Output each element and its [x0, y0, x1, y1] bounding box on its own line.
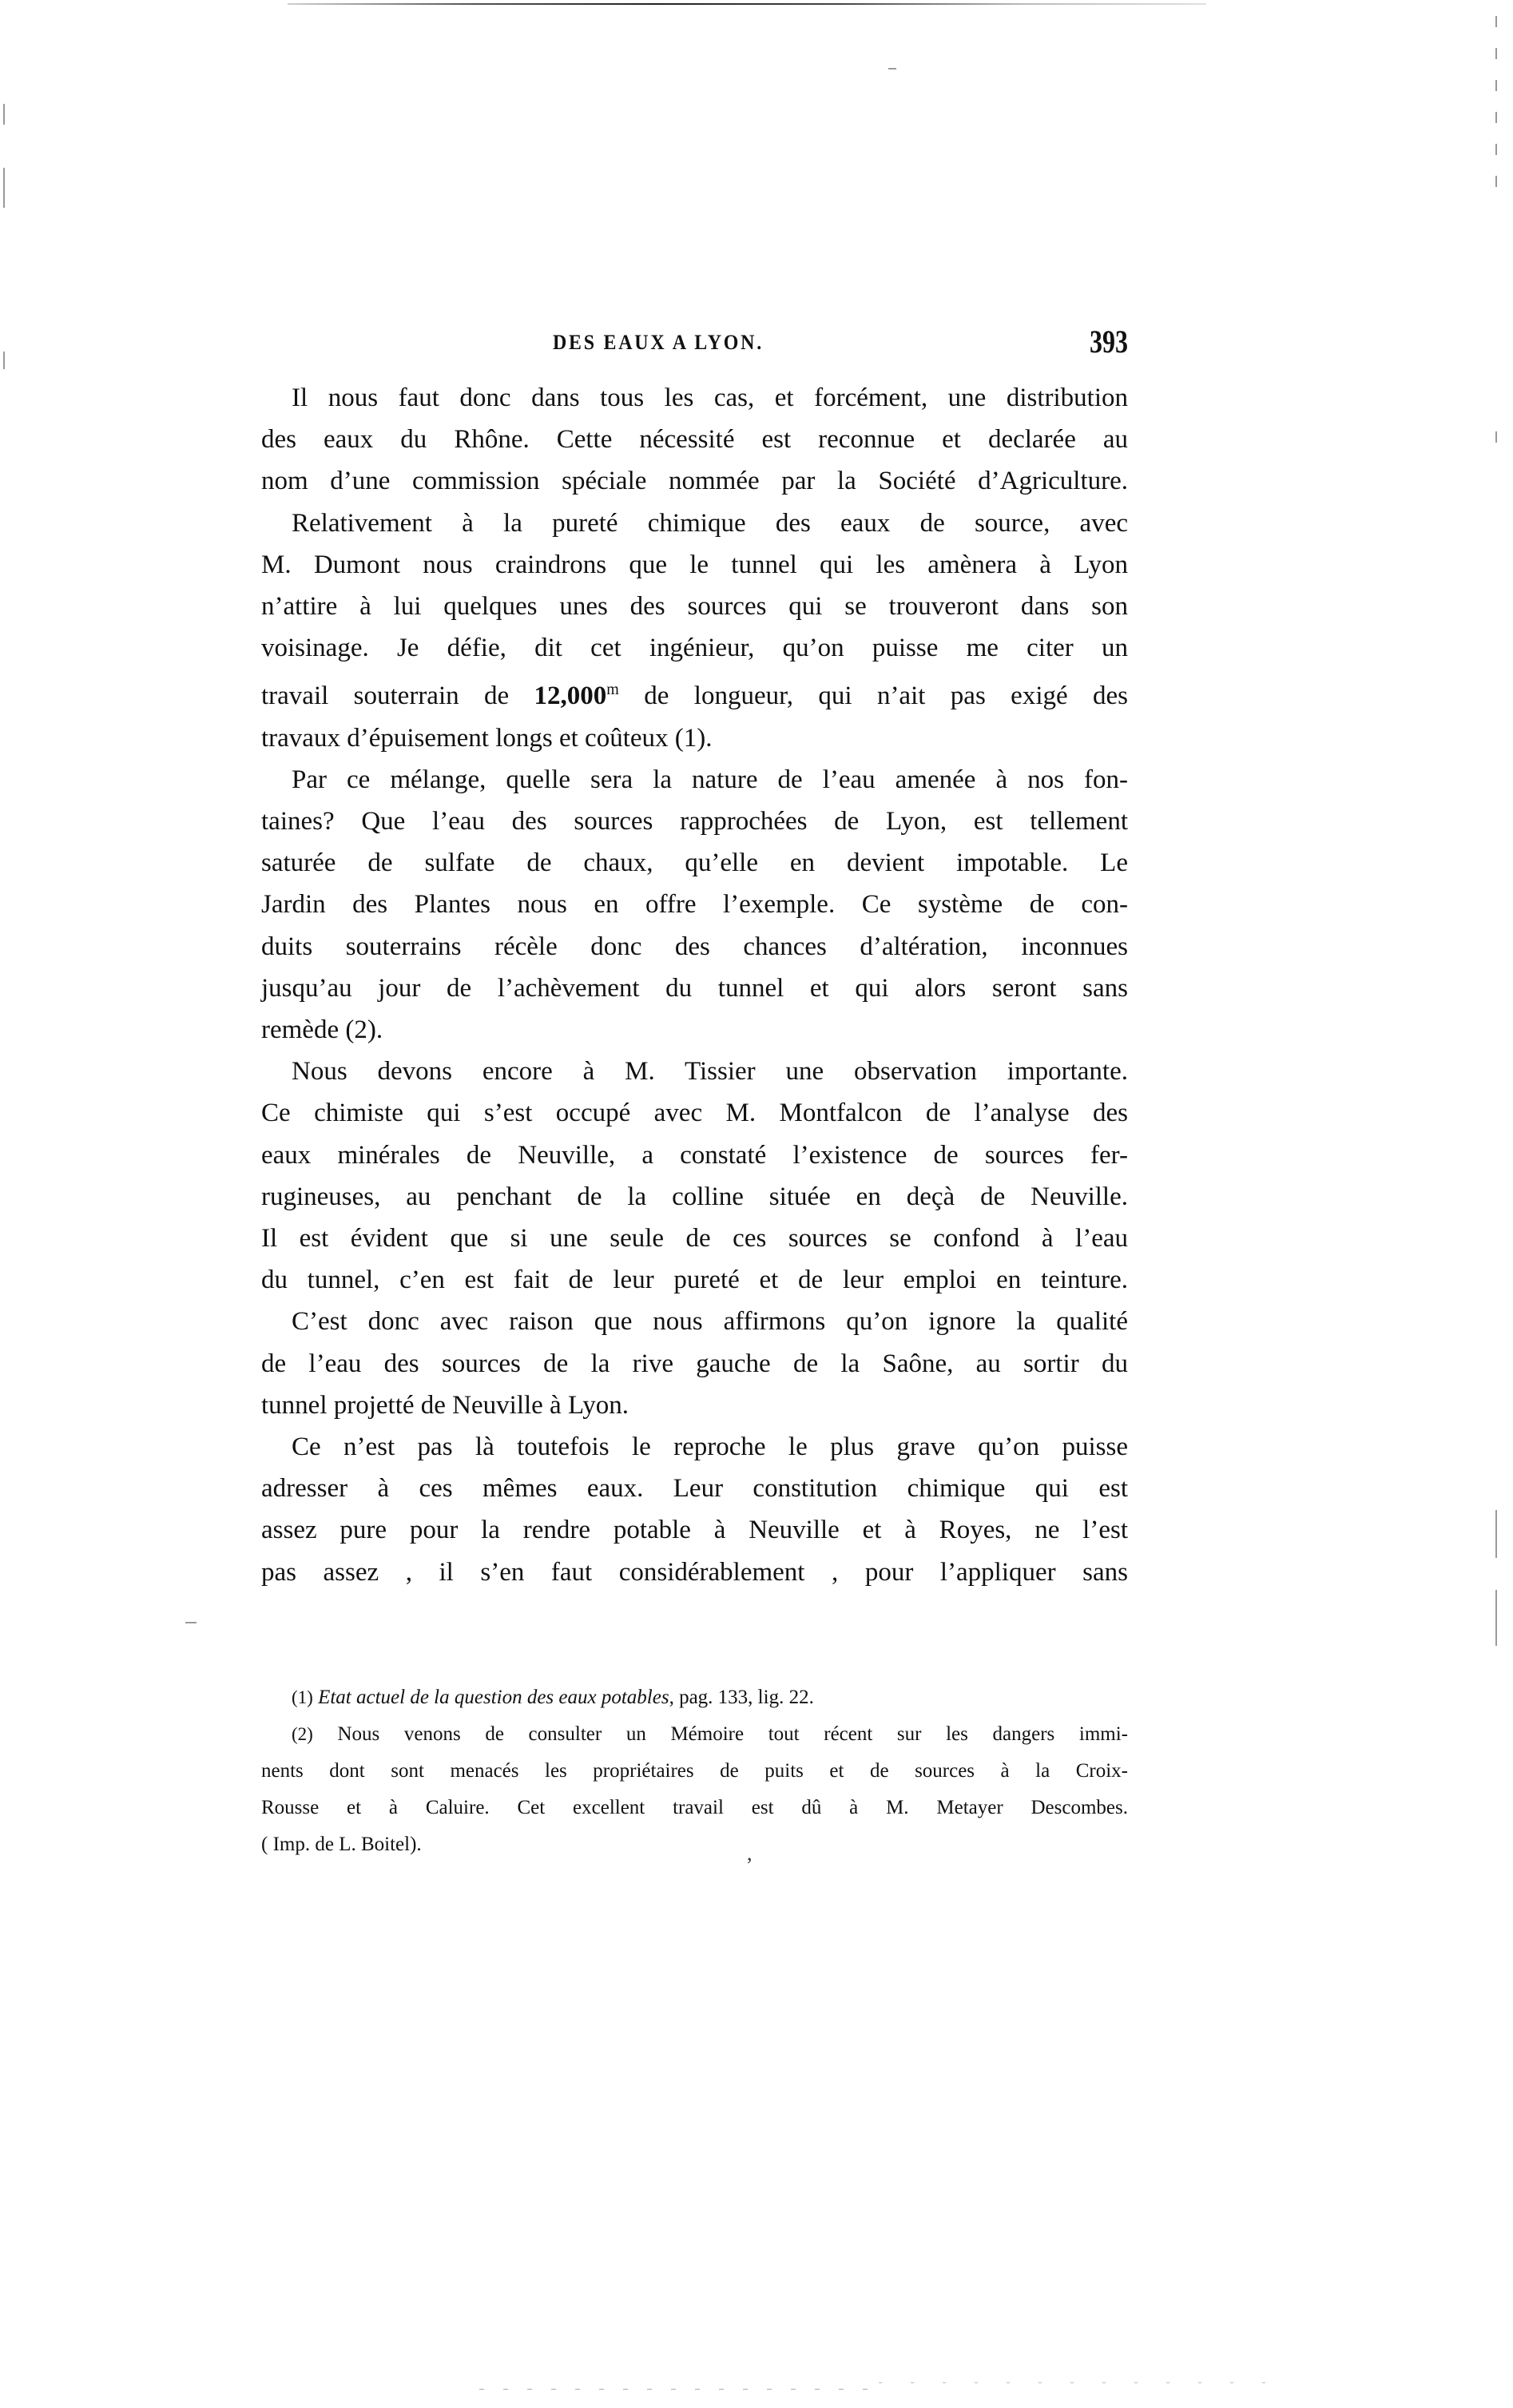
footnote-line: ( Imp. de L. Boitel).: [261, 1826, 1128, 1863]
footnote-mark: (2): [292, 1724, 313, 1744]
text-line: du tunnel, c’en est fait de leur pureté …: [261, 1259, 1128, 1301]
text-fragment: de longueur, qui n’ait pas exigé des: [619, 681, 1128, 710]
measure-number: 12,000: [534, 681, 607, 710]
paragraph: Nous devons encore à M. Tissier une obse…: [261, 1051, 1128, 1301]
footnote-citation: , pag. 133, lig. 22.: [669, 1687, 814, 1708]
text-line: des eaux du Rhône. Cette nécessité est r…: [261, 419, 1128, 460]
text-line: assez pure pour la rendre potable à Neuv…: [261, 1509, 1128, 1551]
footnote-line: nents dont sont menacés les propriétaire…: [261, 1753, 1128, 1790]
text-fragment: travail souterrain de: [261, 681, 534, 710]
text-line: travaux d’épuisement longs et coûteux (1…: [261, 717, 1128, 759]
scan-margin-mark: [879, 2382, 1278, 2383]
text-line: M. Dumont nous craindrons que le tunnel …: [261, 544, 1128, 586]
page-number: 393: [1090, 323, 1128, 360]
text-line: C’est donc avec raison que nous affirmon…: [261, 1301, 1128, 1342]
scan-margin-mark: [1495, 431, 1497, 443]
footnote-1: (1) Etat actuel de la question des eaux …: [261, 1679, 1128, 1716]
text-line: jusqu’au jour de l’achèvement du tunnel …: [261, 968, 1128, 1009]
text-line: voisinage. Je défie, dit cet ingénieur, …: [261, 627, 1128, 669]
text-line: Il nous faut donc dans tous les cas, et …: [261, 377, 1128, 419]
footnote-mark: (1): [292, 1687, 313, 1707]
running-title: DES EAUX A LYON.: [553, 331, 764, 355]
scan-margin-mark: [3, 168, 5, 208]
text-line: tunnel projetté de Neuville à Lyon.: [261, 1385, 1128, 1426]
scan-edge-artifact-right: [1495, 16, 1497, 200]
paragraph: Ce n’est pas là toutefois le reproche le…: [261, 1426, 1128, 1593]
text-line: nom d’une commission spéciale nommée par…: [261, 460, 1128, 502]
paragraph: C’est donc avec raison que nous affirmon…: [261, 1301, 1128, 1426]
text-line: Nous devons encore à M. Tissier une obse…: [261, 1051, 1128, 1092]
text-line: Ce chimiste qui s’est occupé avec M. Mon…: [261, 1092, 1128, 1134]
measure-unit: m: [606, 681, 619, 698]
scan-margin-mark: [888, 68, 896, 70]
text-line-with-measure: travail souterrain de 12,000m de longueu…: [261, 669, 1128, 717]
scan-margin-mark: [479, 2389, 879, 2390]
body-text: Il nous faut donc dans tous les cas, et …: [261, 377, 1128, 1593]
scan-margin-mark: [3, 104, 5, 125]
running-head: DES EAUX A LYON. 393: [261, 323, 1128, 363]
footnote-line: (2) Nous venons de consulter un Mémoire …: [261, 1716, 1128, 1753]
paragraph: Par ce mélange, quelle sera la nature de…: [261, 759, 1128, 1051]
footnote-text: Nous venons de consulter un Mémoire tout…: [337, 1723, 1128, 1745]
footnotes: (1) Etat actuel de la question des eaux …: [261, 1679, 1128, 1863]
text-line: adresser à ces mêmes eaux. Leur constitu…: [261, 1468, 1128, 1509]
text-line: eaux minérales de Neuville, a constaté l…: [261, 1134, 1128, 1176]
text-line: Jardin des Plantes nous en offre l’exemp…: [261, 884, 1128, 925]
text-line: Il est évident que si une seule de ces s…: [261, 1218, 1128, 1259]
footnote-line: Rousse et à Caluire. Cet excellent trava…: [261, 1790, 1128, 1826]
text-line: remède (2).: [261, 1009, 1128, 1051]
text-line: n’attire à lui quelques unes des sources…: [261, 586, 1128, 627]
text-line: Relativement à la pureté chimique des ea…: [261, 503, 1128, 544]
scan-margin-mark: [185, 1622, 197, 1623]
text-line: Ce n’est pas là toutefois le reproche le…: [261, 1426, 1128, 1468]
scan-margin-mark: [1495, 1510, 1497, 1558]
scan-margin-mark: [3, 352, 5, 369]
text-line: duits souterrains récèle donc des chance…: [261, 926, 1128, 968]
scan-edge-artifact-top: [288, 3, 1206, 5]
text-line: de l’eau des sources de la rive gauche d…: [261, 1343, 1128, 1385]
stray-ink-mark: ,: [747, 1842, 753, 1866]
paragraph: Il nous faut donc dans tous les cas, et …: [261, 377, 1128, 503]
scan-margin-mark: [1495, 1590, 1497, 1646]
text-line: rugineuses, au penchant de la colline si…: [261, 1176, 1128, 1218]
paragraph: Relativement à la pureté chimique des ea…: [261, 503, 1128, 759]
footnote-cited-title: Etat actuel de la question des eaux pota…: [318, 1687, 669, 1708]
text-line: Par ce mélange, quelle sera la nature de…: [261, 759, 1128, 801]
text-line: pas assez , il s’en faut considérablemen…: [261, 1552, 1128, 1593]
text-line: saturée de sulfate de chaux, qu’elle en …: [261, 842, 1128, 884]
footnote-2: (2) Nous venons de consulter un Mémoire …: [261, 1716, 1128, 1863]
text-line: taines? Que l’eau des sources rapprochée…: [261, 801, 1128, 842]
